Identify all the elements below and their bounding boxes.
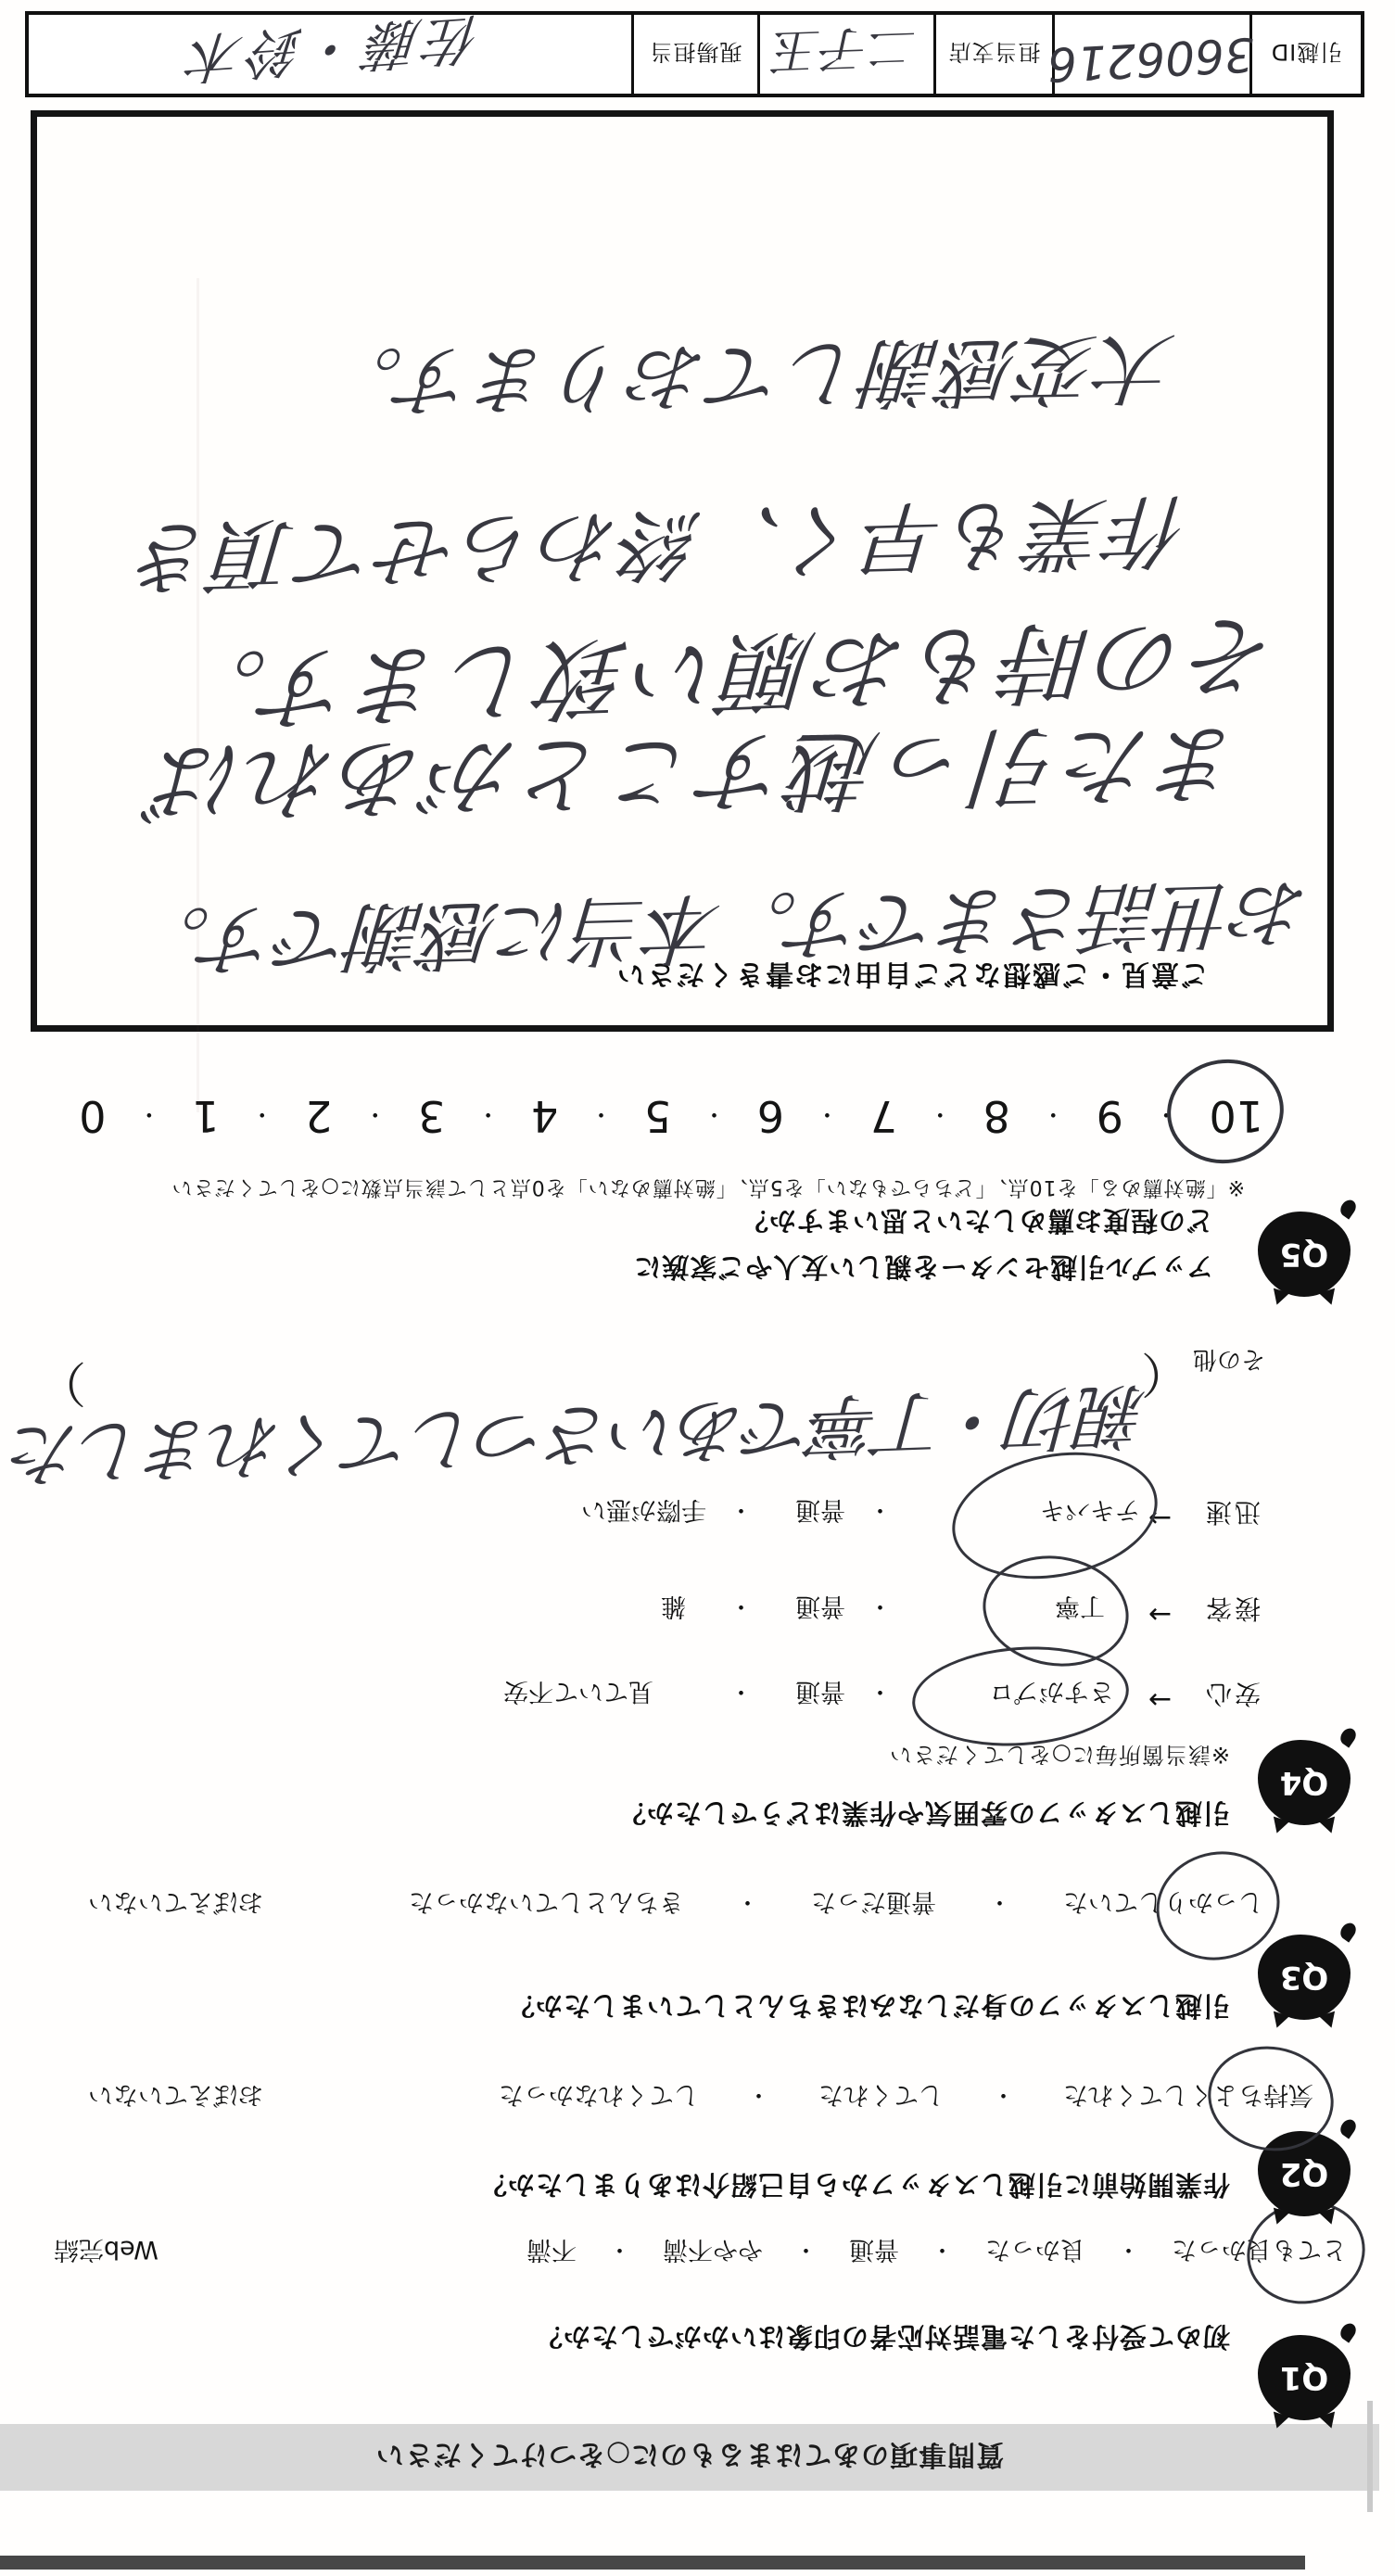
q5-note-text: ※「絶対薦める」を10点、「どちらでもない」を5点、「絶対薦めない」を0点として… [171,1174,1245,1203]
q4-row1-option-1: さすがプロ [989,1677,1114,1706]
q3-option-2: 普通だった [811,1886,936,1922]
q1-options-row: とても良かった ・ 良かった ・ 普通 ・ やや不満 ・ 不満 Web完結 [54,2234,1347,2270]
q2-option-selected: 気持ちよくしてくれた [1063,2079,1313,2115]
separator-dot: ・ [931,2236,954,2269]
site-staff-signature: 佐藤・鈴木 [182,4,483,103]
separator-dot: ・ [736,1888,759,1922]
branch-value-cell: 二子玉 [760,15,936,94]
scale-value-3: 3 [418,1091,445,1141]
scale-value-2: 2 [305,1091,332,1141]
arrow-icon: → [1148,1598,1172,1631]
instruction-banner: 質問事項のあてはまるものに○をつけてください [0,2424,1379,2491]
site-staff-label-cell: 現場担当 [634,15,760,94]
q1-option-3: 普通 [849,2234,899,2270]
q4-row3-option-2: 普通 [795,1494,845,1530]
q4-row2-option-3: 雑 [661,1591,686,1627]
q4-row2-option-2: 普通 [795,1591,845,1627]
arrow-icon: → [1148,1683,1172,1716]
instruction-banner-text: 質問事項のあてはまるものに○をつけてください [375,2437,1004,2478]
paper-crease [197,278,199,1112]
q4-row2-selected: 丁寧 [1055,1591,1105,1627]
q1-option-4: やや不満 [663,2234,763,2270]
site-staff-label: 現場担当 [650,38,742,70]
separator-dot: ・ [929,1099,952,1133]
branch-handwritten-value: 二子玉 [772,16,919,90]
q2-badge-icon: Q2 [1258,2131,1351,2216]
scale-value-10: 10 [1209,1091,1263,1141]
q4-other-close-paren: ） [38,1352,86,1422]
q1-question-text: 初めて受付をした電話対応者の印象はいかがでしたか？ [535,2319,1230,2357]
q1-option-1: とても良かった [1172,2235,1347,2264]
q5-scale-selected: 10 [1209,1091,1263,1141]
scale-value-9: 9 [1097,1091,1123,1141]
q5-badge-label: Q5 [1280,1236,1329,1273]
q1-option-selected: とても良かった [1172,2234,1347,2270]
branch-label: 担当支店 [948,38,1041,70]
scale-value-0: 0 [79,1091,106,1141]
q4-other-open-paren: （ [1141,1343,1189,1413]
separator-dot: ・ [747,2081,770,2114]
q5-badge-icon: Q5 [1258,1212,1351,1297]
q2-option-3: してくれなかった [499,2079,699,2115]
scan-edge-shadow [0,2556,1305,2570]
q2-badge-label: Q2 [1280,2155,1329,2192]
scale-value-4: 4 [531,1091,558,1141]
separator-dot: ・ [794,2236,818,2269]
q4-row-sekkyaku: 接客 → 丁寧 ・ 普通 ・ 雑 [241,1582,1261,1638]
q4-question-text: 引越しスタッフの雰囲気や作業はどうでしたか？ [618,1796,1230,1834]
q3-badge-icon: Q3 [1258,1935,1351,2020]
q3-option-4: おぼえていない [88,1886,263,1922]
q4-row3-selected: テキパキ [1040,1494,1140,1530]
q2-option-1: 気持ちよくしてくれた [1063,2080,1313,2109]
q3-question-text: 引越しスタッフの身だしなみはきちんとしていましたか？ [507,1988,1230,2026]
q3-option-selected: しっかりしていた [1063,1886,1263,1922]
scale-value-5: 5 [644,1091,671,1141]
separator-dot: ・ [1117,2236,1140,2269]
q2-option-2: してくれた [818,2079,944,2115]
scanned-survey-page: { "instruction_bar": "質問事項のあてはまるものに○をつけて… [0,0,1395,2576]
comment-line-5: 大変感謝しております。 [322,319,1177,442]
q5-badge-tail-icon [1338,1197,1359,1219]
q4-row1-selected: さすがプロ [989,1676,1114,1712]
q4-row2-label: 接客 [1203,1592,1261,1629]
branch-label-cell: 担当支店 [936,15,1055,94]
q1-badge-icon: Q1 [1258,2335,1351,2420]
q5-rating-scale: 10 ・ 9 ・ 8 ・ 7 ・ 6 ・ 5 ・ 4 ・ 3 ・ 2 ・ 1 ・… [79,1091,1263,1141]
scale-value-7: 7 [870,1091,897,1141]
moving-id-label: 引越ID [1271,38,1343,70]
separator-dot: ・ [869,1495,892,1529]
site-staff-value-cell: 佐藤・鈴木 [29,15,634,94]
separator-dot: ・ [703,1099,726,1133]
q4-row3-option-3: 手際が悪い [581,1494,706,1530]
q4-row1-label: 安心 [1203,1677,1261,1714]
q1-option-2: 良かった [985,2234,1085,2270]
separator-dot: ・ [608,2236,631,2269]
separator-dot: ・ [1042,1099,1065,1133]
q4-other-label: その他 [1193,1344,1265,1378]
staff-id-table: 引越ID 3606216 担当支店 二子玉 現場担当 佐藤・鈴木 [25,11,1364,97]
q2-question-text: 作業開始前に引越しスタッフから自己紹介はありましたか？ [479,2167,1230,2205]
q4-row1-option-2: 普通 [795,1676,845,1712]
separator-dot: ・ [137,1099,160,1133]
q3-option-3: きちんとしていなかった [409,1886,684,1922]
q3-options-row: しっかりしていた ・ 普通だった ・ きちんとしていなかった おぼえていない [88,1886,1263,1922]
moving-id-handwritten-value: 3606216 [1046,28,1255,93]
scale-value-8: 8 [983,1091,1010,1141]
q2-options-row: 気持ちよくしてくれた ・ してくれた ・ してくれなかった おぼえていない [88,2079,1313,2115]
q1-badge-tail-icon [1338,2320,1359,2342]
q4-badge-label: Q4 [1280,1764,1329,1801]
survey-document-rotated: 質問事項のあてはまるものに○をつけてください Q1 初めて受付をした電話対応者の… [0,0,1395,2576]
q4-badge-icon: Q4 [1258,1740,1351,1825]
separator-dot: ・ [1155,1099,1178,1133]
separator-dot: ・ [250,1099,273,1133]
moving-id-label-cell: 引越ID [1252,15,1361,94]
q2-option-4: おぼえていない [88,2079,263,2115]
separator-dot: ・ [729,1592,753,1625]
separator-dot: ・ [729,1495,753,1529]
q4-row1-option-3: 見ていて不安 [503,1676,653,1712]
q4-row3-option-1: テキパキ [1040,1495,1140,1524]
separator-dot: ・ [988,1888,1011,1922]
separator-dot: ・ [590,1099,613,1133]
q1-option-6: Web完結 [54,2234,159,2270]
q4-row-anshin: 安心 → さすがプロ ・ 普通 ・ 見ていて不安 [241,1668,1261,1723]
scan-edge-line [1367,2401,1373,2512]
q3-badge-tail-icon [1338,1920,1359,1942]
q1-option-5: 不満 [526,2234,577,2270]
separator-dot: ・ [869,1592,892,1625]
q4-row3-label: 迅速 [1203,1495,1261,1532]
q4-note-text: ※該当箇所毎に○をしてください [889,1741,1230,1773]
separator-dot: ・ [992,2081,1015,2114]
q5-question-line2: どの程度お薦めしたいと思いますか？ [741,1203,1213,1241]
q2-badge-tail-icon [1338,2116,1359,2138]
moving-id-value-cell: 3606216 [1055,15,1252,94]
q4-row2-option-1: 丁寧 [1055,1592,1105,1620]
q4-badge-tail-icon [1338,1725,1359,1747]
comment-box: ご意見・ご感想などご自由にお書きください お世話さまです。本当に感謝です。 また… [31,110,1334,1032]
q1-badge-label: Q1 [1280,2359,1329,2396]
separator-dot: ・ [476,1099,500,1133]
arrow-icon: → [1148,1502,1172,1534]
separator-dot: ・ [363,1099,387,1133]
q5-question-line1: アップル引越センターを親しい友人やご家族に [633,1250,1213,1288]
separator-dot: ・ [869,1677,892,1710]
separator-dot: ・ [816,1099,839,1133]
scale-value-6: 6 [757,1091,784,1141]
comment-line-4: 作業も早く、終わらせて頂き [131,479,1192,622]
q3-badge-label: Q3 [1280,1959,1329,1996]
q3-option-1: しっかりしていた [1063,1887,1263,1916]
separator-dot: ・ [729,1677,753,1710]
